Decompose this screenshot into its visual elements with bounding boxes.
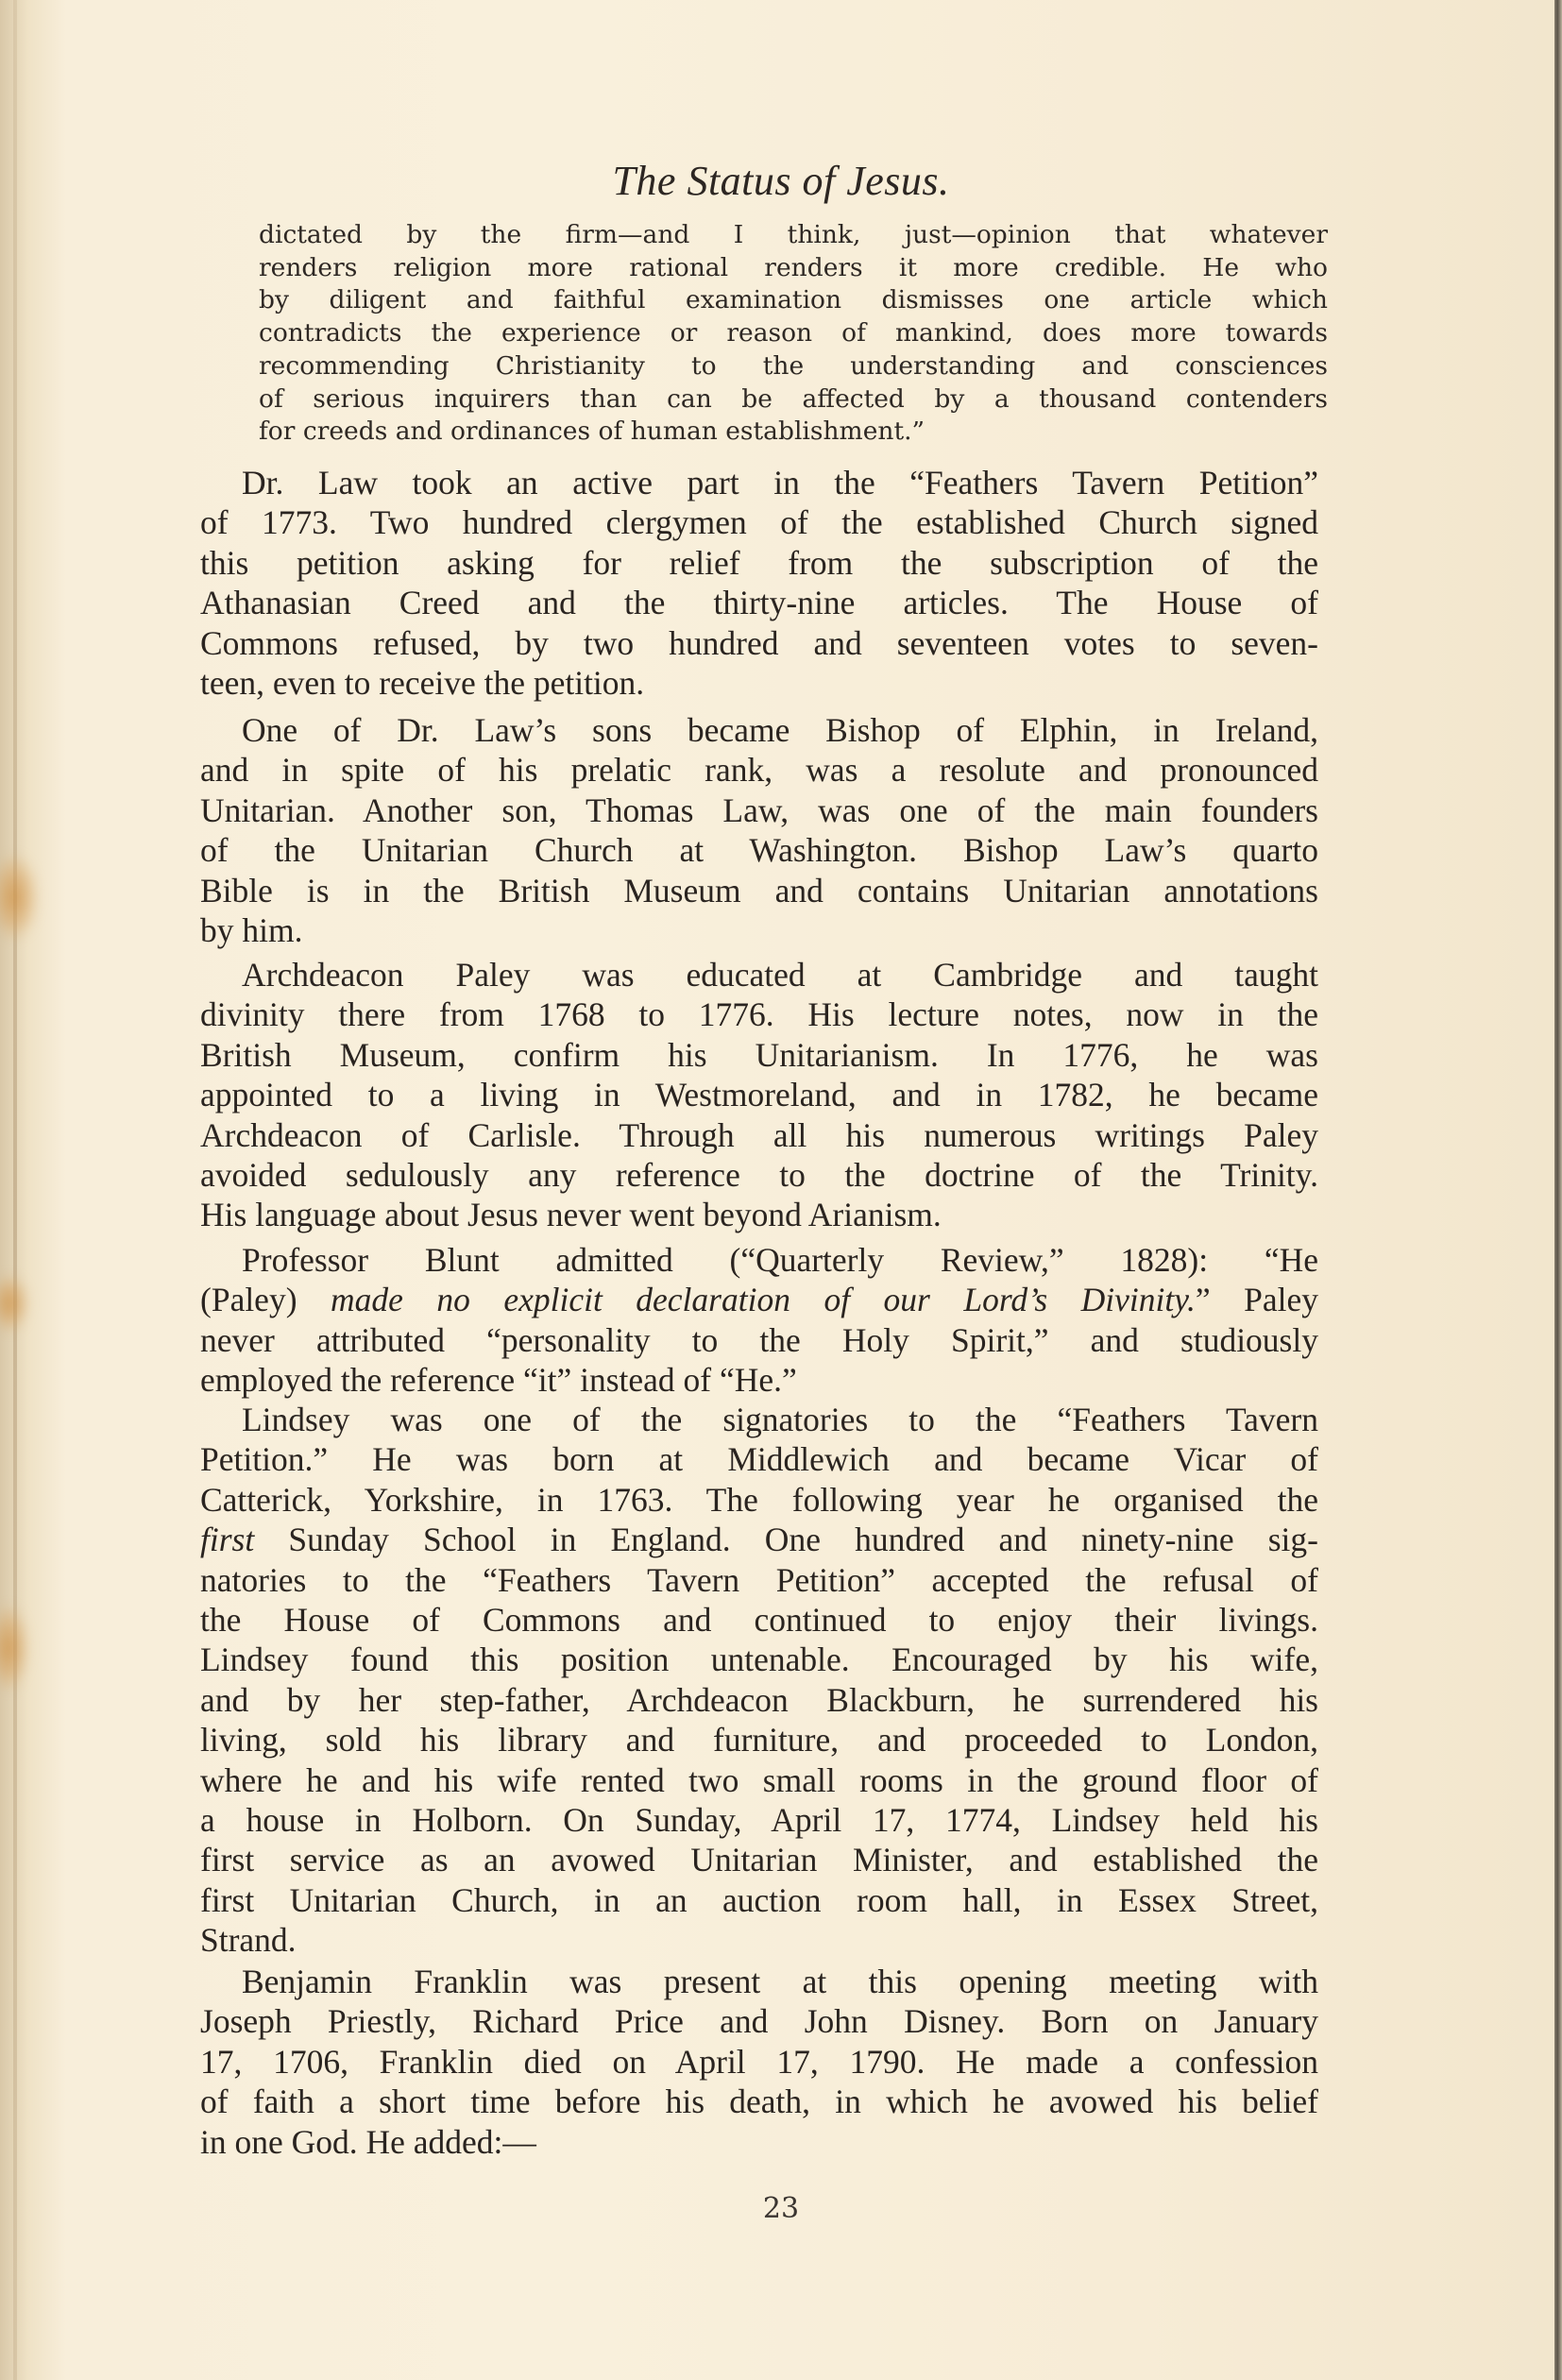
text-line: Benjamin Franklin was present at this op… [200,1962,1318,2001]
text-line: of faith a short time before his death, … [200,2082,1318,2121]
italic-quotation: made no explicit declaration of our Lord… [331,1281,1196,1318]
foxing-stain [0,855,38,940]
text-line: divinity there from 1768 to 1776. His le… [200,994,1318,1034]
text-line: One of Dr. Law’s sons became Bishop of E… [200,710,1318,750]
text-line: (Paley) made no explicit declaration of … [200,1280,1318,1319]
text-line: this petition asking for relief from the… [200,543,1318,583]
text-span: ” Paley [1196,1281,1318,1318]
text-line: the House of Commons and continued to en… [200,1600,1318,1640]
paragraph-blunt: Professor Blunt admitted (“Quarterly Rev… [200,1240,1318,1401]
text-line: Athanasian Creed and the thirty-nine art… [200,583,1318,622]
text-line: teen, even to receive the petition. [200,663,1318,703]
text-line: Bible is in the British Museum and conta… [200,871,1318,910]
text-line: Commons refused, by two hundred and seve… [200,623,1318,663]
text-line: dictated by the firm—and I think, just—o… [259,219,1328,252]
text-line: Catterick, Yorkshire, in 1763. The follo… [200,1480,1318,1520]
text-line: Unitarian. Another son, Thomas Law, was … [200,790,1318,830]
paragraph-lindsey: Lindsey was one of the signatories to th… [200,1400,1318,1961]
text-line: of 1773. Two hundred clergymen of the es… [200,502,1318,542]
text-span: (Paley) [200,1281,331,1318]
text-line: Dr. Law took an active part in the “Feat… [200,463,1318,502]
paragraph-law-sons: One of Dr. Law’s sons became Bishop of E… [200,710,1318,950]
italic-word: first [200,1521,254,1558]
book-page: The Status of Jesus. dictated by the fir… [0,0,1554,2380]
text-line: first Unitarian Church, in an auction ro… [200,1880,1318,1920]
paragraph-paley: Archdeacon Paley was educated at Cambrid… [200,955,1318,1235]
text-line: natories to the “Feathers Tavern Petitio… [200,1560,1318,1600]
page-number: 23 [0,2192,1562,2225]
running-head: The Status of Jesus. [0,157,1562,205]
text-line: renders religion more rational renders i… [259,252,1328,285]
text-line: living, sold his library and furniture, … [200,1720,1318,1759]
text-line: never attributed “personality to the Hol… [200,1320,1318,1360]
text-line: Lindsey was one of the signatories to th… [200,1400,1318,1439]
paragraph-franklin: Benjamin Franklin was present at this op… [200,1962,1318,2162]
text-line: Lindsey found this position untenable. E… [200,1640,1318,1679]
text-line: Archdeacon Paley was educated at Cambrid… [200,955,1318,994]
text-line: His language about Jesus never went beyo… [200,1195,1318,1234]
foxing-stain [0,1606,28,1691]
text-line: avoided sedulously any reference to the … [200,1155,1318,1195]
text-line: 17, 1706, Franklin died on April 17, 179… [200,2042,1318,2082]
foxing-stain [0,1275,28,1332]
text-line: in one God. He added:— [200,2122,1318,2162]
text-line: for creeds and ordinances of human estab… [259,416,1328,449]
text-line: by him. [200,910,1318,950]
page-gutter-shadow [13,0,17,2380]
text-line: Strand. [200,1920,1318,1960]
page-edge-border [1554,0,1562,2380]
text-line: appointed to a living in Westmoreland, a… [200,1075,1318,1114]
paragraph-feathers-tavern: Dr. Law took an active part in the “Feat… [200,463,1318,703]
text-line: recommending Christianity to the underst… [259,350,1328,383]
text-line: of serious inquirers than can be affecte… [259,383,1328,416]
text-line: of the Unitarian Church at Washington. B… [200,830,1318,870]
text-line: contradicts the experience or reason of … [259,317,1328,350]
text-line: Petition.” He was born at Middlewich and… [200,1439,1318,1479]
text-line: Archdeacon of Carlisle. Through all his … [200,1115,1318,1155]
text-line: and in spite of his prelatic rank, was a… [200,750,1318,790]
text-line: where he and his wife rented two small r… [200,1760,1318,1800]
text-line: Professor Blunt admitted (“Quarterly Rev… [200,1240,1318,1280]
text-line: Joseph Priestly, Richard Price and John … [200,2001,1318,2041]
block-quotation: dictated by the firm—and I think, just—o… [259,219,1328,449]
text-line: and by her step-father, Archdeacon Black… [200,1680,1318,1720]
text-line: first Sunday School in England. One hund… [200,1520,1318,1559]
text-line: British Museum, confirm his Unitarianism… [200,1035,1318,1075]
text-line: first service as an avowed Unitarian Min… [200,1840,1318,1879]
text-line: employed the reference “it” instead of “… [200,1360,1318,1400]
text-line: by diligent and faithful examination dis… [259,284,1328,317]
text-span: Sunday School in England. One hundred an… [254,1521,1318,1558]
text-line: a house in Holborn. On Sunday, April 17,… [200,1800,1318,1840]
